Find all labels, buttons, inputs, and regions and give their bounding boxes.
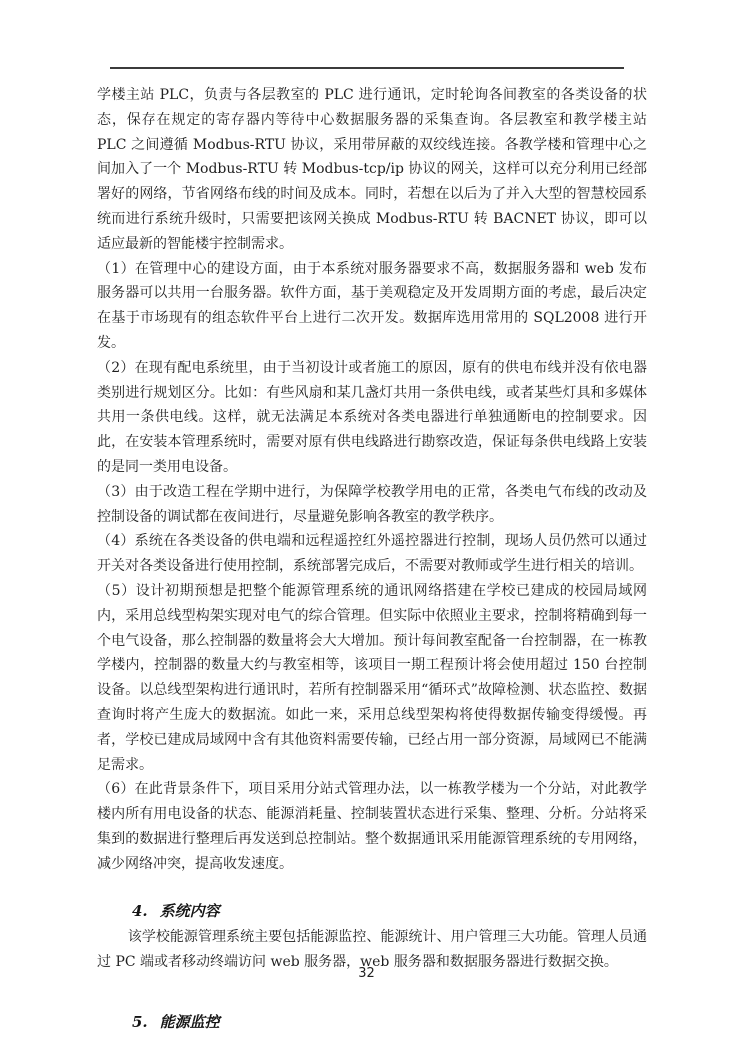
section-title: 能源监控 xyxy=(160,1013,220,1031)
section-number: 5. xyxy=(132,1013,148,1031)
body-paragraph: （4）系统在各类设备的供电端和远程遥控红外遥控器进行控制，现场人员仍然可以通过开… xyxy=(97,529,647,579)
section-heading-4: 4.系统内容 xyxy=(97,899,647,924)
page-number: 32 xyxy=(0,966,733,981)
section-number: 4. xyxy=(132,902,148,920)
body-paragraph: 学楼主站 PLC，负责与各层教室的 PLC 进行通讯，定时轮询各间教室的各类设备… xyxy=(97,83,647,257)
document-page: 学楼主站 PLC，负责与各层教室的 PLC 进行通讯，定时轮询各间教室的各类设备… xyxy=(0,0,733,1037)
section-heading-5: 5.能源监控 xyxy=(97,1010,647,1035)
document-body: 学楼主站 PLC，负责与各层教室的 PLC 进行通讯，定时轮询各间教室的各类设备… xyxy=(97,83,647,1035)
body-paragraph: （1）在管理中心的建设方面，由于本系统对服务器要求不高，数据服务器和 web 发… xyxy=(97,257,647,356)
body-paragraph: （3）由于改造工程在学期中进行，为保障学校教学用电的正常，各类电气布线的改动及控… xyxy=(97,480,647,530)
body-paragraph: （6）在此背景条件下，项目采用分站式管理办法，以一栋教学楼为一个分站，对此教学楼… xyxy=(97,777,647,876)
header-divider-rule xyxy=(110,67,624,69)
body-paragraph: （5）设计初期预想是把整个能源管理系统的通讯网络搭建在学校已建成的校园局域网内，… xyxy=(97,579,647,777)
section-title: 系统内容 xyxy=(160,902,220,920)
body-paragraph: （2）在现有配电系统里，由于当初设计或者施工的原因，原有的供电布线并没有依电器类… xyxy=(97,356,647,480)
